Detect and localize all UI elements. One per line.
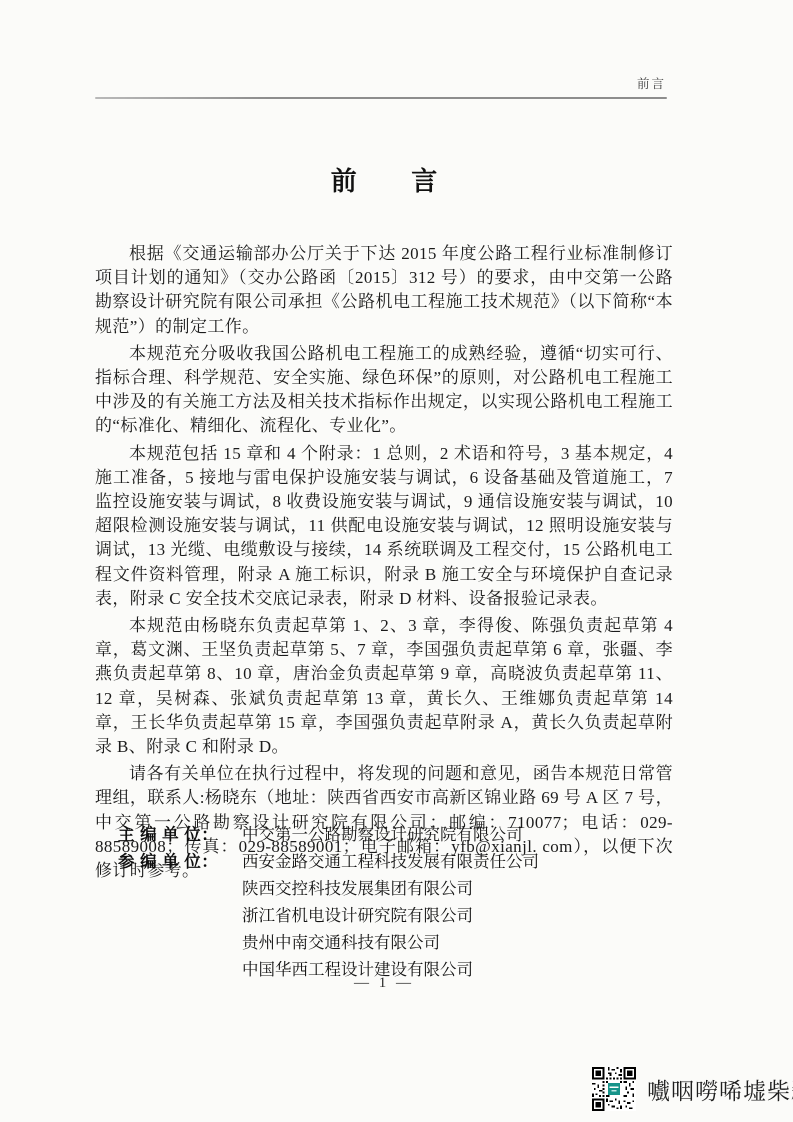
watermark-block: 嚱咽嘮唏墟柴殺判 [592, 1066, 793, 1112]
page-title: 前 言 [95, 164, 673, 198]
paragraph-principles: 本规范充分吸收我国公路机电工程施工的成熟经验，遵循“切实可行、指标合理、科学规范… [95, 342, 673, 439]
main-content: 前 言 根据《交通运输部办公厅关于下达 2015 年度公路工程行业标准制修订项目… [95, 100, 673, 886]
co-editor-units: 西安金路交通工程科技发展有限责任公司 陕西交控科技发展集团有限公司 浙江省机电设… [242, 849, 539, 984]
running-header: 前言 [95, 74, 667, 99]
co-editor-label: 参 编 单 位： [118, 849, 242, 876]
paragraph-drafters: 本规范由杨晓东负责起草第 1、2、3 章，李得俊、陈强负责起草第 4 章，葛文渊… [95, 614, 673, 759]
chief-editor-label: 主 编 单 位： [118, 822, 242, 849]
qr-code-icon [592, 1066, 636, 1112]
paragraph-basis: 根据《交通运输部办公厅关于下达 2015 年度公路工程行业标准制修订项目计划的通… [95, 242, 673, 339]
document-page: 前言 前 言 根据《交通运输部办公厅关于下达 2015 年度公路工程行业标准制修… [0, 0, 793, 1122]
running-header-title: 前言 [95, 74, 667, 92]
chief-editor-unit: 中交第一公路勘察设计研究院有限公司 [242, 822, 523, 849]
co-editor-unit: 贵州中南交通科技有限公司 [242, 930, 539, 957]
watermark-text: 嚱咽嘮唏墟柴殺判 [647, 1073, 793, 1106]
page-number: — 1 — [95, 975, 673, 992]
co-editor-unit: 浙江省机电设计研究院有限公司 [242, 903, 539, 930]
header-rule [95, 97, 667, 99]
co-editor-unit: 西安金路交通工程科技发展有限责任公司 [242, 849, 539, 876]
co-editor-unit: 陕西交控科技发展集团有限公司 [242, 876, 539, 903]
co-editor-row: 参 编 单 位： 西安金路交通工程科技发展有限责任公司 陕西交控科技发展集团有限… [118, 849, 539, 984]
paragraph-structure: 本规范包括 15 章和 4 个附录：1 总则，2 术语和符号，3 基本规定，4 … [95, 442, 673, 611]
credits-block: 主 编 单 位： 中交第一公路勘察设计研究院有限公司 参 编 单 位： 西安金路… [118, 822, 539, 984]
chief-editor-row: 主 编 单 位： 中交第一公路勘察设计研究院有限公司 [118, 822, 539, 849]
